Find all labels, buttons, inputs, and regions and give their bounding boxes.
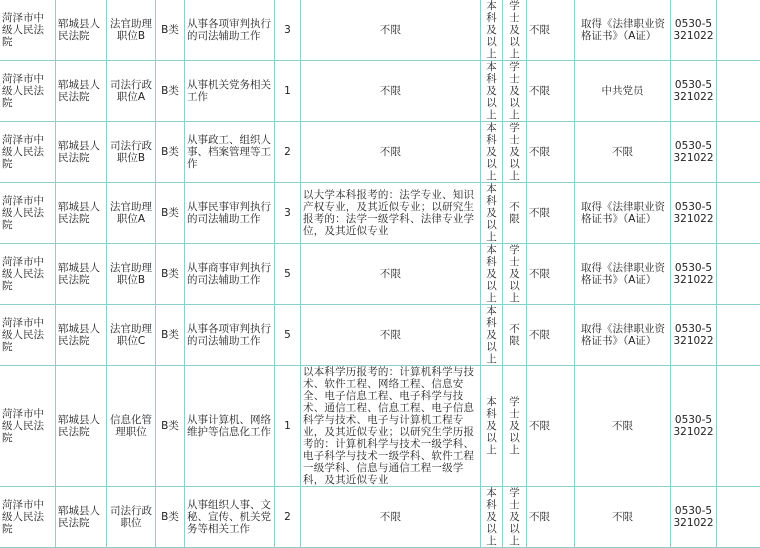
employing-unit-cell: 郓城县人民法院 [56, 305, 107, 366]
degree-requirement-cell: 不限 [503, 183, 527, 244]
job-duties-cell: 从事机关党务相关工作 [185, 61, 275, 122]
headcount-cell: 3 [275, 0, 301, 61]
contact-phone-cell: 0530-5321022 [671, 61, 717, 122]
degree-requirement-cell: 学士及以上 [503, 122, 527, 183]
position-category-cell: B类 [156, 61, 185, 122]
other-requirement-cell: 不限 [527, 183, 575, 244]
other-requirement-cell: 不限 [527, 366, 575, 372]
education-requirement-cell: 本科及以上 [481, 366, 503, 372]
major-requirement-cell: 不限 [301, 244, 481, 305]
degree-requirement-cell: 学士及以上 [503, 61, 527, 122]
headcount-cell: 1 [275, 366, 301, 372]
employing-unit-cell: 郓城县人民法院 [56, 0, 107, 61]
headcount-cell: 1 [275, 61, 301, 122]
recruiting-unit-cell: 菏泽市中级人民法院 [0, 122, 56, 183]
contact-phone-cell: 0530-5321022 [671, 366, 717, 372]
degree-requirement-cell: 学士及以上 [503, 0, 527, 61]
recruiting-unit-cell: 菏泽市中级人民法院 [0, 61, 56, 122]
headcount-cell: 5 [275, 305, 301, 366]
recruiting-unit-cell: 菏泽市中级人民法院 [0, 0, 56, 61]
job-duties-cell: 从事各项审判执行的司法辅助工作 [185, 305, 275, 366]
job-duties-cell: 从事政工、组织人事、档案管理等工作 [185, 122, 275, 183]
education-requirement-cell: 本科及以上 [481, 305, 503, 366]
other-requirement-cell: 不限 [527, 305, 575, 366]
position-category-cell: B类 [156, 122, 185, 183]
position-name-cell: 司法行政职位B [107, 122, 156, 183]
contact-phone-cell: 0530-5321022 [671, 0, 717, 61]
qualification-requirement-cell: 中共党员 [575, 61, 671, 122]
qualification-requirement-cell: 不限 [575, 122, 671, 183]
job-duties-cell: 从事民事审判执行的司法辅助工作 [185, 183, 275, 244]
education-requirement-cell: 本科及以上 [481, 244, 503, 305]
table-row: 菏泽市中级人民法院 郓城县人民法院 法官助理职位B B类 从事商事审判执行的司法… [0, 244, 760, 305]
position-name-cell: 法官助理职位A [107, 183, 156, 244]
table-row: 菏泽市中级人民法院 郓城县人民法院 司法行政职位A B类 从事机关党务相关工作 … [0, 61, 760, 122]
position-category-cell: B类 [156, 366, 185, 372]
major-requirement-cell: 不限 [301, 305, 481, 366]
table-row: 菏泽市中级人民法院 郓城县人民法院 法官助理职位C B类 从事各项审判执行的司法… [0, 305, 760, 366]
job-duties-cell: 从事商事审判执行的司法辅助工作 [185, 244, 275, 305]
qualification-requirement-cell: 取得《法律职业资格证书》（A证） [575, 0, 671, 61]
position-category-cell: B类 [156, 305, 185, 366]
recruiting-unit-cell: 菏泽市中级人民法院 [0, 244, 56, 305]
other-requirement-cell: 不限 [527, 244, 575, 305]
education-requirement-cell: 本科及以上 [481, 0, 503, 61]
contact-phone-cell: 0530-5321022 [671, 122, 717, 183]
recruiting-unit-cell: 菏泽市中级人民法院 [0, 183, 56, 244]
position-name-cell: 法官助理职位B [107, 244, 156, 305]
major-requirement-cell: 以本科学历报考的：计算机科学与技术、软件工程、网络工程、信息安全、电子信息工程、… [301, 366, 481, 372]
position-category-cell: B类 [156, 183, 185, 244]
employing-unit-cell: 郓城县人民法院 [56, 122, 107, 183]
education-requirement-cell: 本科及以上 [481, 122, 503, 183]
headcount-cell: 5 [275, 244, 301, 305]
other-requirement-cell: 不限 [527, 0, 575, 61]
recruitment-positions-table: 菏泽市中级人民法院 郓城县人民法院 法官助理职位B B类 从事各项审判执行的司法… [0, 0, 760, 371]
major-requirement-cell: 以大学本科报考的：法学专业、知识产权专业，及其近似专业；以研究生报考的：法学一级… [301, 183, 481, 244]
table-body: 菏泽市中级人民法院 郓城县人民法院 法官助理职位B B类 从事各项审判执行的司法… [0, 0, 760, 371]
major-requirement-cell: 不限 [301, 61, 481, 122]
position-name-cell: 法官助理职位C [107, 305, 156, 366]
other-requirement-cell: 不限 [527, 61, 575, 122]
recruiting-unit-cell: 菏泽市中级人民法院 [0, 305, 56, 366]
remark-cell [717, 183, 760, 244]
qualification-requirement-cell: 不限 [575, 366, 671, 372]
qualification-requirement-cell: 取得《法律职业资格证书》（A证） [575, 244, 671, 305]
position-name-cell: 司法行政职位A [107, 61, 156, 122]
degree-requirement-cell: 学士及以上 [503, 366, 527, 372]
remark-cell [717, 61, 760, 122]
other-requirement-cell: 不限 [527, 122, 575, 183]
remark-cell [717, 0, 760, 61]
job-duties-cell: 从事计算机、网络维护等信息化工作 [185, 366, 275, 372]
position-category-cell: B类 [156, 244, 185, 305]
headcount-cell: 3 [275, 183, 301, 244]
position-name-cell: 信息化管理职位 [107, 366, 156, 372]
remark-cell [717, 244, 760, 305]
major-requirement-cell: 不限 [301, 122, 481, 183]
headcount-cell: 2 [275, 122, 301, 183]
remark-cell [717, 366, 760, 372]
degree-requirement-cell: 不限 [503, 305, 527, 366]
employing-unit-cell: 郓城县人民法院 [56, 244, 107, 305]
education-requirement-cell: 本科及以上 [481, 61, 503, 122]
contact-phone-cell: 0530-5321022 [671, 183, 717, 244]
contact-phone-cell: 0530-5321022 [671, 305, 717, 366]
qualification-requirement-cell: 取得《法律职业资格证书》（A证） [575, 305, 671, 366]
table-row: 菏泽市中级人民法院 郓城县人民法院 法官助理职位A B类 从事民事审判执行的司法… [0, 183, 760, 244]
degree-requirement-cell: 学士及以上 [503, 244, 527, 305]
employing-unit-cell: 郓城县人民法院 [56, 183, 107, 244]
employing-unit-cell: 郓城县人民法院 [56, 61, 107, 122]
position-name-cell: 法官助理职位B [107, 0, 156, 61]
remark-cell [717, 305, 760, 366]
employing-unit-cell: 郓城县人民法院 [56, 366, 107, 372]
remark-cell [717, 122, 760, 183]
qualification-requirement-cell: 取得《法律职业资格证书》（A证） [575, 183, 671, 244]
table-row: 菏泽市中级人民法院 郓城县人民法院 法官助理职位B B类 从事各项审判执行的司法… [0, 0, 760, 61]
contact-phone-cell: 0530-5321022 [671, 244, 717, 305]
recruiting-unit-cell: 菏泽市中级人民法院 [0, 366, 56, 372]
position-category-cell: B类 [156, 0, 185, 61]
table-row: 菏泽市中级人民法院 郓城县人民法院 司法行政职位B B类 从事政工、组织人事、档… [0, 122, 760, 183]
education-requirement-cell: 本科及以上 [481, 183, 503, 244]
job-duties-cell: 从事各项审判执行的司法辅助工作 [185, 0, 275, 61]
major-requirement-cell: 不限 [301, 0, 481, 61]
table-row: 菏泽市中级人民法院 郓城县人民法院 信息化管理职位 B类 从事计算机、网络维护等… [0, 366, 760, 372]
